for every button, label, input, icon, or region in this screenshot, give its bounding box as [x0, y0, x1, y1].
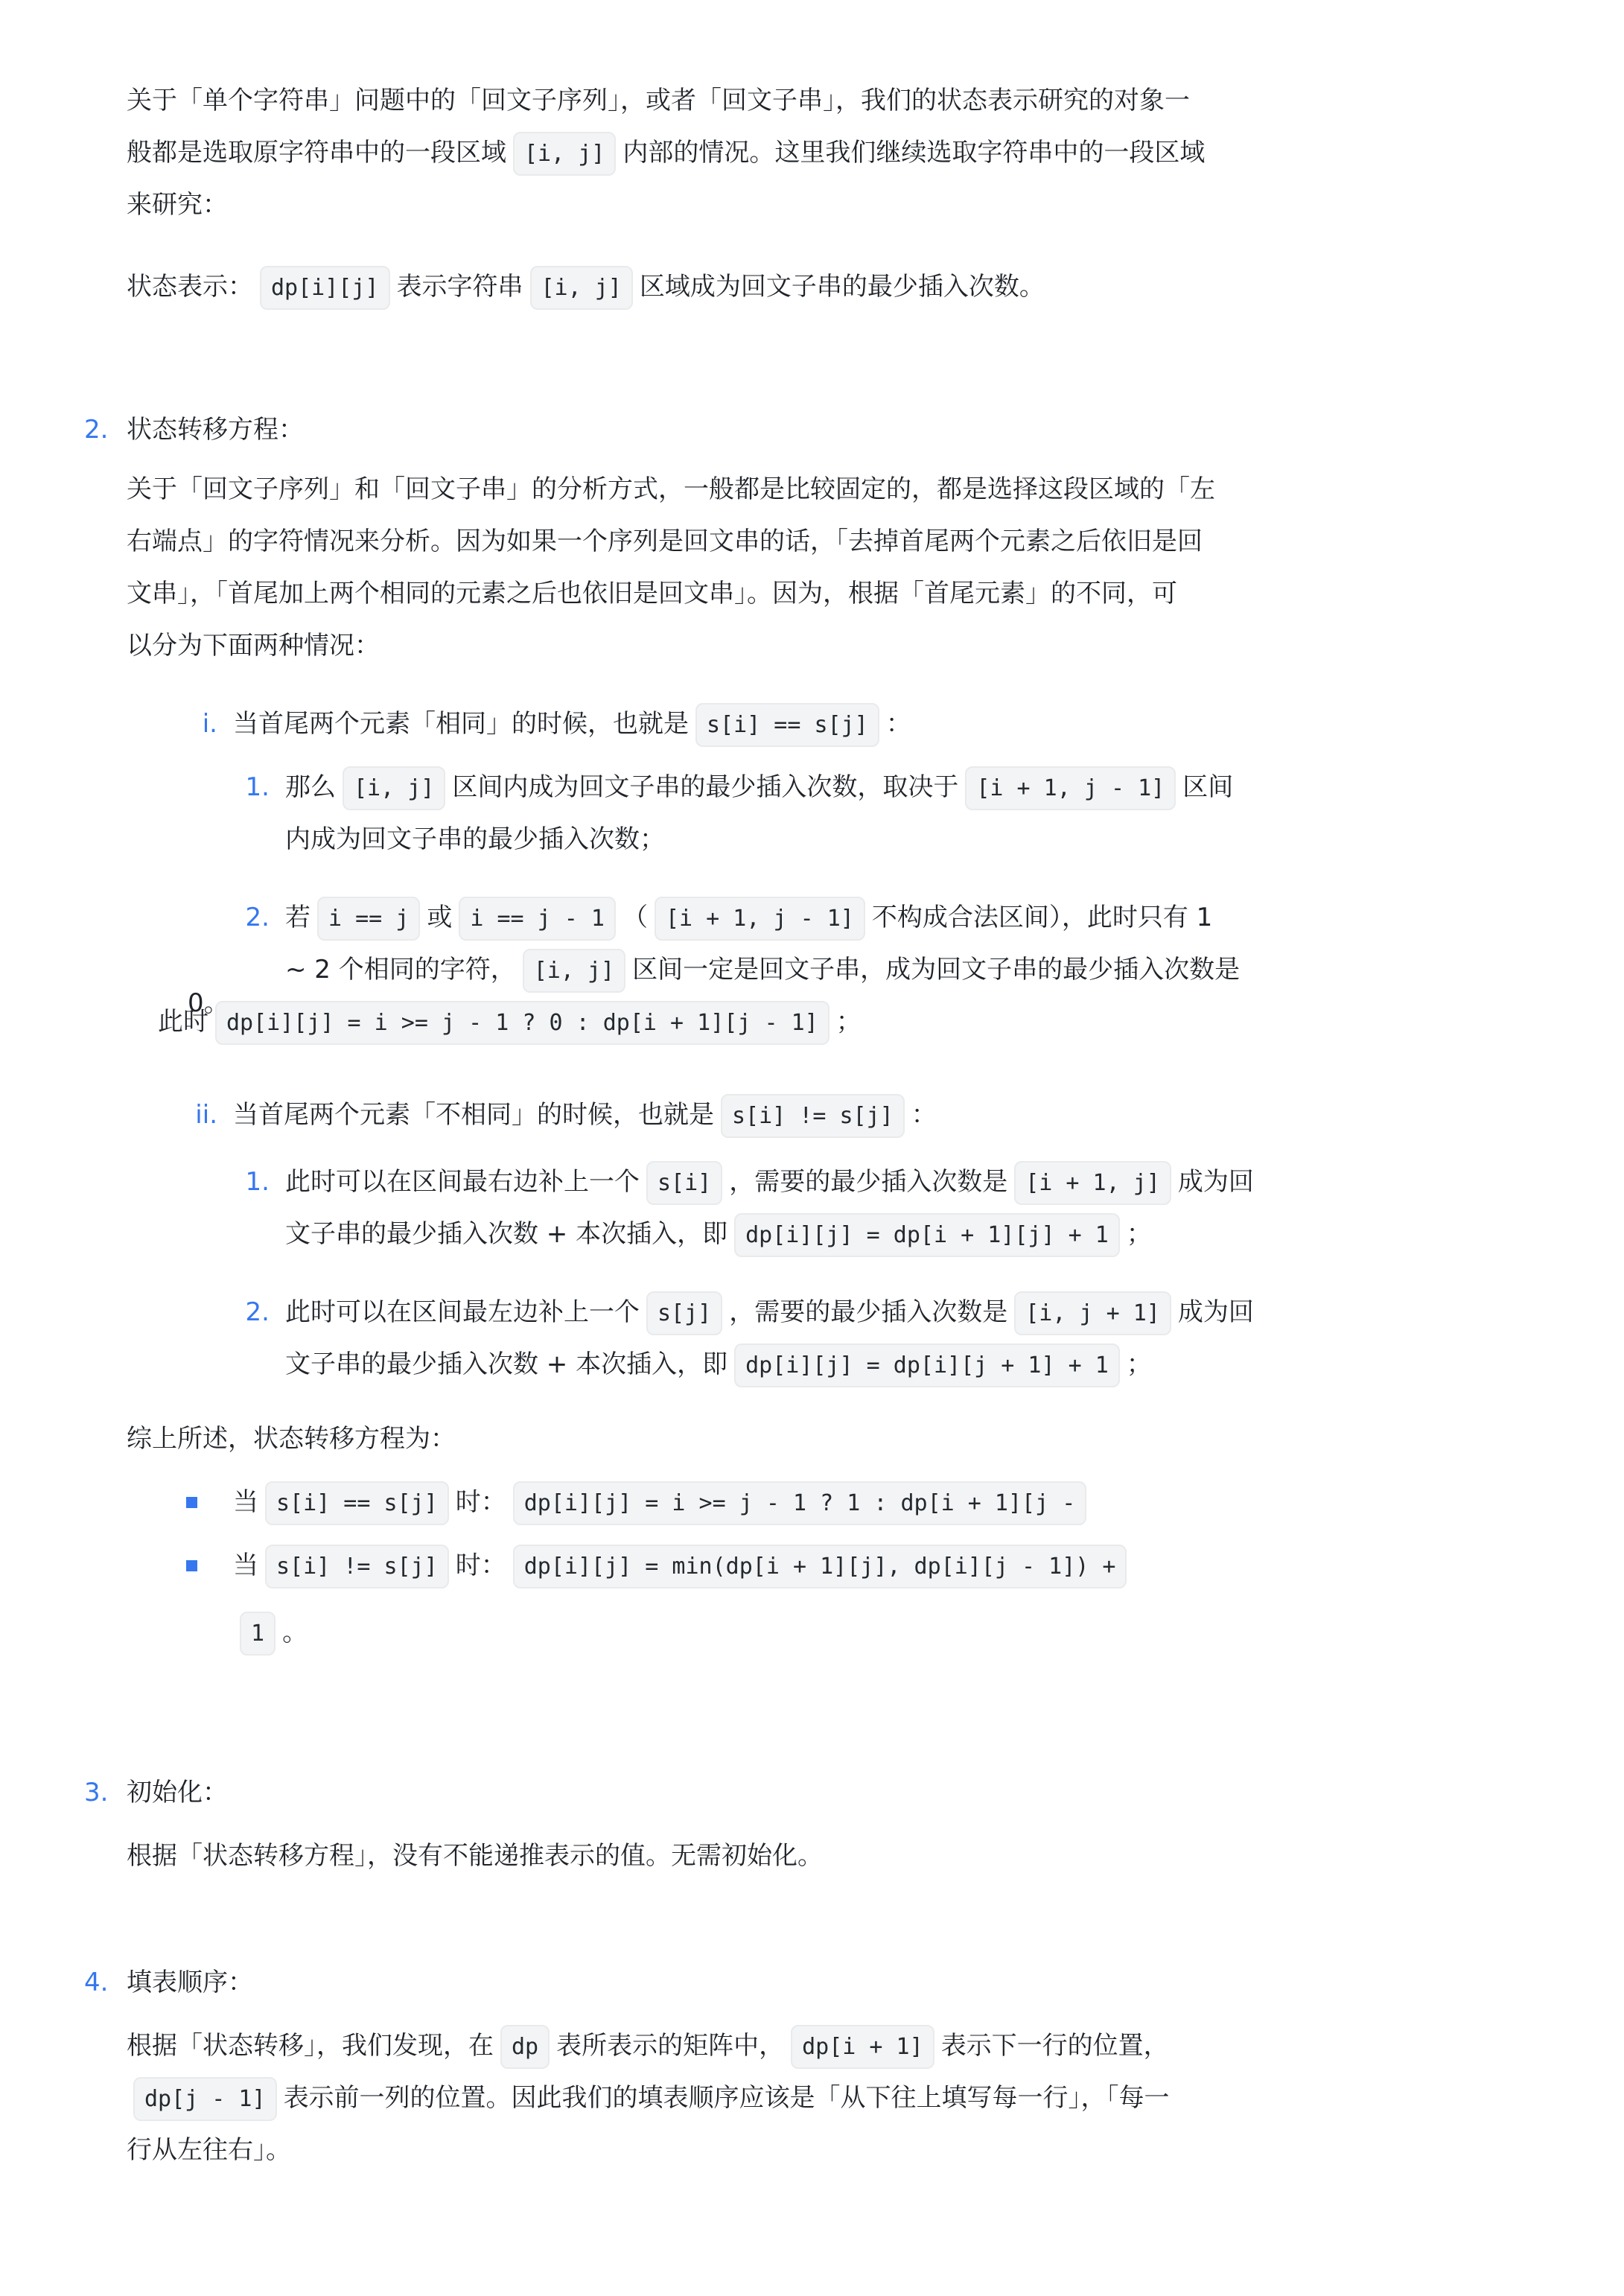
text-run: ； [836, 1007, 862, 1037]
bullet-square-icon [186, 1497, 197, 1508]
text-line: 右端点」的字符情况来分析。因为如果一个序列是回文串的话，「去掉首尾两个元素之后依… [127, 515, 1624, 567]
inline-code: [i, j] [530, 266, 633, 310]
text-line-glitched: 此时0。dp[i][j] = i >= j - 1 ? 0 : dp[i + 1… [158, 996, 1624, 1048]
inline-code: i == j - 1 [459, 897, 616, 941]
inline-code: 1 [240, 1612, 276, 1656]
summary-paragraph: 综上所述，状态转移方程为： [127, 1413, 1624, 1465]
text-run: ，需要的最少插入次数是 [729, 1297, 1007, 1327]
text-line: 综上所述，状态转移方程为： [127, 1413, 1624, 1465]
inline-code: [i + 1, j] [1014, 1161, 1171, 1205]
rich-run: 若i == j或i == j - 1（[i + 1, j - 1]不构成合法区间… [285, 903, 1212, 932]
case-i-item: i.当首尾两个元素「相同」的时候，也就是s[i] == s[j]： [233, 698, 1624, 750]
section-title: 填表顺序： [127, 1968, 253, 1997]
text-line: 以分为下面两种情况： [127, 620, 1624, 672]
text-line: 1.此时可以在区间最右边补上一个s[i]，需要的最少插入次数是[i + 1, j… [285, 1156, 1624, 1208]
inline-code: s[i] == s[j] [265, 1481, 449, 1525]
text-line: 关于「回文子序列」和「回文子串」的分析方式，一般都是比较固定的，都是选择这段区域… [127, 463, 1624, 515]
text-run: ： [886, 709, 911, 739]
overlapping-zero-text: 0。 [188, 990, 229, 1016]
case-ii-item: ii.当首尾两个元素「不相同」的时候，也就是s[i] != s[j]： [233, 1089, 1624, 1141]
text-run: 此时可以在区间最左边补上一个 [285, 1297, 640, 1327]
list-marker: 2. [84, 404, 118, 456]
inline-code: dp [500, 2025, 550, 2069]
text-line: 内成为回文子串的最少插入次数； [285, 813, 1624, 865]
inline-code: dp[j - 1] [133, 2077, 277, 2121]
rich-run: 那么[i, j]区间内成为回文子串的最少插入次数，取决于[i + 1, j - … [285, 772, 1233, 802]
text-line: 般都是选取原字符串中的一段区域[i, j]内部的情况。这里我们继续选取字符串中的… [127, 127, 1624, 179]
text-line-glitched: 当1]s[i] != s[j]时：dp[i][j] = min(dp[i + 1… [233, 1539, 1624, 1591]
rich-run: 当首尾两个元素「不相同」的时候，也就是s[i] != s[j]： [233, 1100, 937, 1130]
section-4-paragraph: 根据「状态转移」，我们发现，在dp表所表示的矩阵中，dp[i + 1]表示下一行… [127, 2020, 1624, 2176]
glitch-anchor: 此时0。 [158, 1007, 208, 1037]
list-marker: 3. [84, 1766, 118, 1819]
text-line: i.当首尾两个元素「相同」的时候，也就是s[i] == s[j]： [233, 698, 1624, 750]
heading-line: 3. 初始化： [127, 1766, 1624, 1819]
text-run: 文子串的最少插入次数 + 本次插入，即 [285, 1349, 727, 1379]
text-run: 时： [456, 1551, 506, 1580]
text-run: 当 [233, 1487, 258, 1517]
inline-code: s[j] [646, 1291, 722, 1335]
rich-run: 此时可以在区间最右边补上一个s[i]，需要的最少插入次数是[i + 1, j]成… [285, 1167, 1254, 1197]
text-run: 表示字符串 [397, 272, 523, 302]
section-4-heading: 4. 填表顺序： [127, 1956, 1624, 2009]
case-ii-sub1-item: 1.此时可以在区间最右边补上一个s[i]，需要的最少插入次数是[i + 1, j… [285, 1156, 1624, 1260]
case-i-sub1-item: 1.那么[i, j]区间内成为回文子串的最少插入次数，取决于[i + 1, j … [285, 761, 1624, 865]
section-3-paragraph: 根据「状态转移方程」，没有不能递推表示的值。无需初始化。 [127, 1830, 1624, 1882]
inline-code: dp[i + 1] [791, 2025, 934, 2069]
list-marker: 1. [235, 1156, 270, 1208]
text-run: 表示前一列的位置。因此我们的填表顺序应该是「从下往上填写每一行」，「每一 [284, 2083, 1170, 2113]
text-line: 当s[i] == s[j]时：dp[i][j] = i >= j - 1 ? 1… [233, 1476, 1624, 1528]
text-line: 1。 [233, 1606, 1624, 1659]
text-run: 般都是选取原字符串中的一段区域 [127, 138, 506, 168]
text-run: 状态表示： [127, 272, 253, 302]
inline-code: [i + 1, j - 1] [965, 766, 1176, 810]
inline-code: s[i] != s[j] [721, 1094, 905, 1138]
text-line: dp[j - 1]表示前一列的位置。因此我们的填表顺序应该是「从下往上填写每一行… [127, 2072, 1624, 2124]
text-line: 2.若i == j或i == j - 1（[i + 1, j - 1]不构成合法… [285, 891, 1624, 944]
text-run: 关于「回文子序列」和「回文子串」的分析方式，一般都是比较固定的，都是选择这段区域… [127, 474, 1215, 504]
case-ii-sub2-item: 2.此时可以在区间最左边补上一个s[j]，需要的最少插入次数是[i, j + 1… [285, 1286, 1624, 1390]
text-run: 此时可以在区间最右边补上一个 [285, 1167, 640, 1197]
text-line: 状态表示：dp[i][j]表示字符串[i, j]区域成为回文子串的最少插入次数。 [127, 261, 1624, 313]
text-run: 若 [285, 903, 311, 932]
text-run: 右端点」的字符情况来分析。因为如果一个序列是回文串的话，「去掉首尾两个元素之后依… [127, 527, 1203, 556]
inline-code: [i, j] [523, 949, 625, 993]
inline-code: [i + 1, j - 1] [655, 897, 865, 941]
text-run: 不构成合法区间），此时只有 1 [872, 903, 1212, 932]
text-line: 文串」，「首尾加上两个相同的元素之后也依旧是回文串」。因为，根据「首尾元素」的不… [127, 567, 1624, 620]
inline-code: s[i] != s[j] [265, 1545, 449, 1589]
rich-run: 此时可以在区间最左边补上一个s[j]，需要的最少插入次数是[i, j + 1]成… [285, 1297, 1254, 1327]
list-marker: 1. [235, 761, 270, 813]
text-run: 表示下一行的位置， [941, 2031, 1169, 2061]
text-run: 成为回 [1178, 1167, 1254, 1197]
rich-run: dp[i][j] = i >= j - 1 ? 0 : dp[i + 1][j … [208, 1007, 862, 1037]
text-run: 文子串的最少插入次数 + 本次插入，即 [285, 1219, 727, 1249]
inline-code: [i, j + 1] [1014, 1291, 1171, 1335]
document-page: 关于「单个字符串」问题中的「回文子序列」，或者「回文子串」，我们的状态表示研究的… [0, 0, 1624, 2296]
inline-code: s[i] == s[j] [695, 703, 879, 747]
text-run: 或 [427, 903, 452, 932]
text-run: 表所表示的矩阵中， [556, 2031, 784, 2061]
text-run: ： [911, 1100, 937, 1130]
text-run: 当首尾两个元素「不相同」的时候，也就是 [233, 1100, 714, 1130]
section-2-paragraph: 关于「回文子序列」和「回文子串」的分析方式，一般都是比较固定的，都是选择这段区域… [127, 463, 1624, 672]
list-marker: ii. [170, 1089, 217, 1141]
text-run: 区间一定是回文子串，成为回文子串的最少插入次数是 [632, 955, 1240, 985]
text-line: 2.此时可以在区间最左边补上一个s[j]，需要的最少插入次数是[i, j + 1… [285, 1286, 1624, 1338]
heading-line: 2. 状态转移方程： [127, 404, 1624, 456]
inline-code: s[i] [646, 1161, 722, 1205]
text-run: 区间内成为回文子串的最少插入次数，取决于 [452, 772, 958, 802]
text-line: 1.那么[i, j]区间内成为回文子串的最少插入次数，取决于[i + 1, j … [285, 761, 1624, 813]
text-run: 区域成为回文子串的最少插入次数。 [640, 272, 1045, 302]
text-run: 内成为回文子串的最少插入次数； [285, 824, 665, 854]
text-run: 当 [233, 1551, 258, 1580]
list-marker: i. [170, 698, 217, 750]
text-run: 当首尾两个元素「相同」的时候，也就是 [233, 709, 689, 739]
section-3-heading: 3. 初始化： [127, 1766, 1624, 1819]
text-line: 来研究： [127, 179, 1624, 231]
text-run: （ [622, 903, 648, 932]
glitch-anchor: 当1] [233, 1551, 258, 1580]
text-line: 根据「状态转移方程」，没有不能递推表示的值。无需初始化。 [127, 1830, 1624, 1882]
rich-run: 当首尾两个元素「相同」的时候，也就是s[i] == s[j]： [233, 709, 911, 739]
text-run: 根据「状态转移方程」，没有不能递推表示的值。无需初始化。 [127, 1841, 823, 1871]
text-run: 关于「单个字符串」问题中的「回文子序列」，或者「回文子串」，我们的状态表示研究的… [127, 86, 1190, 115]
text-run: 以分为下面两种情况： [127, 631, 380, 661]
text-line: 文子串的最少插入次数 + 本次插入，即dp[i][j] = dp[i + 1][… [285, 1208, 1624, 1260]
summary-bullet-2: 当1]s[i] != s[j]时：dp[i][j] = min(dp[i + 1… [233, 1539, 1624, 1659]
text-run: 。 [282, 1618, 308, 1647]
text-run: 综上所述，状态转移方程为： [127, 1424, 456, 1454]
inline-code: i == j [317, 897, 420, 941]
text-line: 文子串的最少插入次数 + 本次插入，即dp[i][j] = dp[i][j + … [285, 1338, 1624, 1390]
inline-code: dp[i][j] = dp[i][j + 1] + 1 [734, 1343, 1120, 1387]
text-run: 根据「状态转移」，我们发现，在 [127, 2031, 494, 2061]
rich-run: 当s[i] == s[j]时：dp[i][j] = i >= j - 1 ? 1… [233, 1487, 1093, 1517]
text-run: ，需要的最少插入次数是 [729, 1167, 1007, 1197]
text-run: 文串」，「首尾加上两个相同的元素之后也依旧是回文串」。因为，根据「首尾元素」的不… [127, 579, 1177, 608]
rich-run: s[i] != s[j]时：dp[i][j] = min(dp[i + 1][j… [258, 1551, 1133, 1580]
text-line: 根据「状态转移」，我们发现，在dp表所表示的矩阵中，dp[i + 1]表示下一行… [127, 2020, 1624, 2072]
text-run: 内部的情况。这里我们继续选取字符串中的一段区域 [622, 138, 1205, 168]
section-2-heading: 2. 状态转移方程： [127, 404, 1624, 456]
inline-code: [i, j] [513, 132, 616, 176]
section-title: 状态转移方程： [127, 415, 304, 445]
section-title: 初始化： [127, 1778, 228, 1807]
list-marker: 2. [235, 1286, 270, 1338]
text-line: ~ 2 个相同的字符，[i, j]区间一定是回文子串，成为回文子串的最少插入次数… [285, 944, 1624, 996]
text-run: ~ 2 个相同的字符， [285, 955, 516, 985]
inline-code: dp[i][j] = i >= j - 1 ? 0 : dp[i + 1][j … [215, 1001, 829, 1045]
case-i-sub2-item: 2.若i == j或i == j - 1（[i + 1, j - 1]不构成合法… [285, 891, 1624, 1048]
text-line: 关于「单个字符串」问题中的「回文子序列」，或者「回文子串」，我们的状态表示研究的… [127, 74, 1624, 127]
text-run: ； [1127, 1219, 1152, 1249]
list-marker: 4. [84, 1956, 118, 2009]
inline-code: dp[i][j] [260, 266, 390, 310]
intro-paragraph: 关于「单个字符串」问题中的「回文子序列」，或者「回文子串」，我们的状态表示研究的… [127, 74, 1624, 231]
state-representation-paragraph: 状态表示：dp[i][j]表示字符串[i, j]区域成为回文子串的最少插入次数。 [127, 261, 1624, 313]
text-line: ii.当首尾两个元素「不相同」的时候，也就是s[i] != s[j]： [233, 1089, 1624, 1141]
inline-code: [i, j] [343, 766, 445, 810]
inline-code: dp[i][j] = min(dp[i + 1][j], dp[i][j - 1… [513, 1545, 1127, 1589]
text-run: 区间 [1182, 772, 1233, 802]
inline-code: dp[i][j] = dp[i + 1][j] + 1 [734, 1213, 1120, 1257]
text-run: 那么 [285, 772, 336, 802]
text-run: 来研究： [127, 190, 228, 220]
inline-code: dp[i][j] = i >= j - 1 ? 1 : dp[i + 1][j … [513, 1481, 1087, 1525]
text-run: 行从左往右」。 [127, 2135, 291, 2165]
text-line: 行从左往右」。 [127, 2124, 1624, 2176]
text-run: ； [1127, 1349, 1152, 1379]
bullet-square-icon [186, 1560, 197, 1571]
list-marker: 2. [235, 891, 270, 944]
heading-line: 4. 填表顺序： [127, 1956, 1624, 2009]
summary-bullet-1: 当s[i] == s[j]时：dp[i][j] = i >= j - 1 ? 1… [233, 1476, 1624, 1528]
text-run: 成为回 [1178, 1297, 1254, 1327]
text-run: 时： [456, 1487, 506, 1517]
